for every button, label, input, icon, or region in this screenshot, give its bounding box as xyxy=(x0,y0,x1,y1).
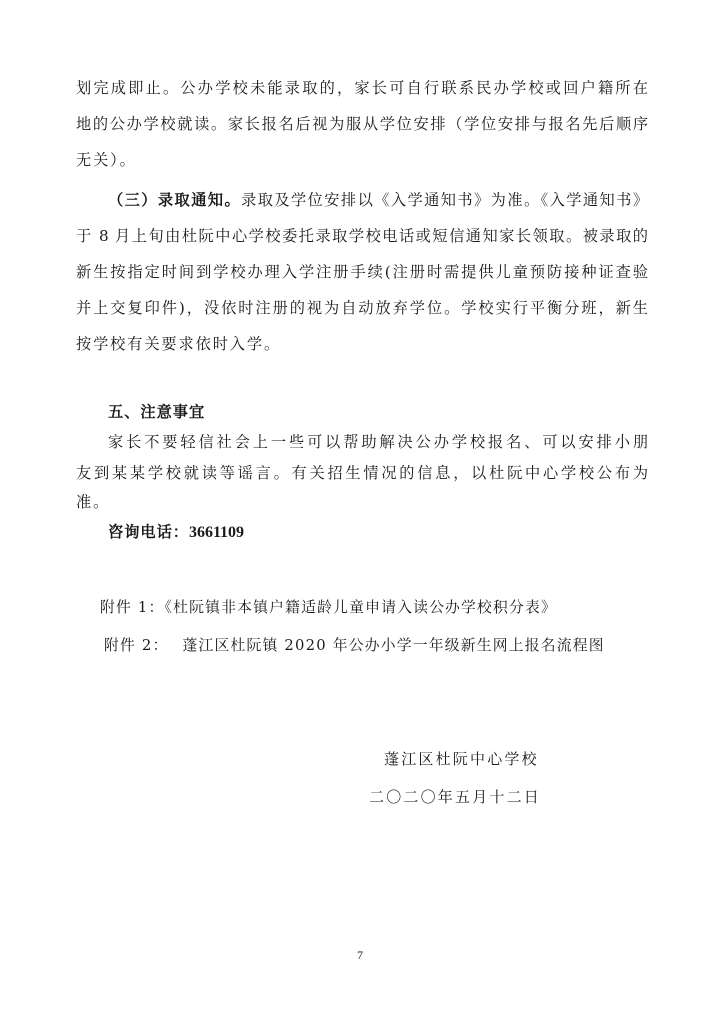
attachment-prefix: 附件 2： xyxy=(104,637,169,654)
paragraph-line: 并上交复印件)，没依时注册的视为自动放弃学位。学校实行平衡分班，新生 xyxy=(76,298,648,318)
paragraph-line: 于 8 月上旬由杜阮中心学校委托录取学校电话或短信通知家长领取。被录取的 xyxy=(76,226,648,246)
paragraph-line: 准。 xyxy=(76,492,110,512)
admission-notice-text: 录取及学位安排以《入学通知书》为准。《入学通知书》 xyxy=(241,191,648,209)
admission-notice-first-line: （三）录取通知。录取及学位安排以《入学通知书》为准。《入学通知书》 xyxy=(108,190,648,210)
attachment-title: 《杜阮镇非本镇户籍适龄儿童申请入读公办学校积分表》 xyxy=(165,599,558,616)
paragraph-line: 新生按指定时间到学校办理入学注册手续(注册时需提供儿童预防接种证查验 xyxy=(76,262,648,282)
contact-label: 咨询电话： xyxy=(108,523,189,541)
attachment-1: 附件 1：《杜阮镇非本镇户籍适龄儿童申请入读公办学校积分表》 xyxy=(100,598,557,618)
paragraph-line: 友到某某学校就读等谣言。有关招生情况的信息，以杜阮中心学校公布为 xyxy=(76,463,648,483)
attachment-title: 蓬江区杜阮镇 2020 年公办小学一年级新生网上报名流程图 xyxy=(183,637,605,654)
page-number: 7 xyxy=(357,948,363,963)
contact-line: 咨询电话：3661109 xyxy=(108,522,244,543)
paragraph-line: 家长不要轻信社会上一些可以帮助解决公办学校报名、可以安排小朋 xyxy=(108,432,648,452)
attachment-2: 附件 2：蓬江区杜阮镇 2020 年公办小学一年级新生网上报名流程图 xyxy=(104,636,605,656)
section-heading-notes: 五、注意事宜 xyxy=(108,402,205,422)
signature-organization: 蓬江区杜阮中心学校 xyxy=(384,749,539,769)
admission-notice-heading: （三）录取通知。 xyxy=(108,191,241,209)
paragraph-line: 划完成即止。公办学校未能录取的，家长可自行联系民办学校或回户籍所在 xyxy=(76,78,648,98)
contact-phone: 3661109 xyxy=(189,524,244,541)
paragraph-line: 按学校有关要求依时入学。 xyxy=(76,334,281,354)
signature-date: 二〇二〇年五月十二日 xyxy=(369,787,541,807)
paragraph-line: 无关）。 xyxy=(76,150,137,170)
paragraph-line: 地的公办学校就读。家长报名后视为服从学位安排（学位安排与报名先后顺序 xyxy=(76,114,648,134)
attachment-prefix: 附件 1： xyxy=(100,599,165,616)
